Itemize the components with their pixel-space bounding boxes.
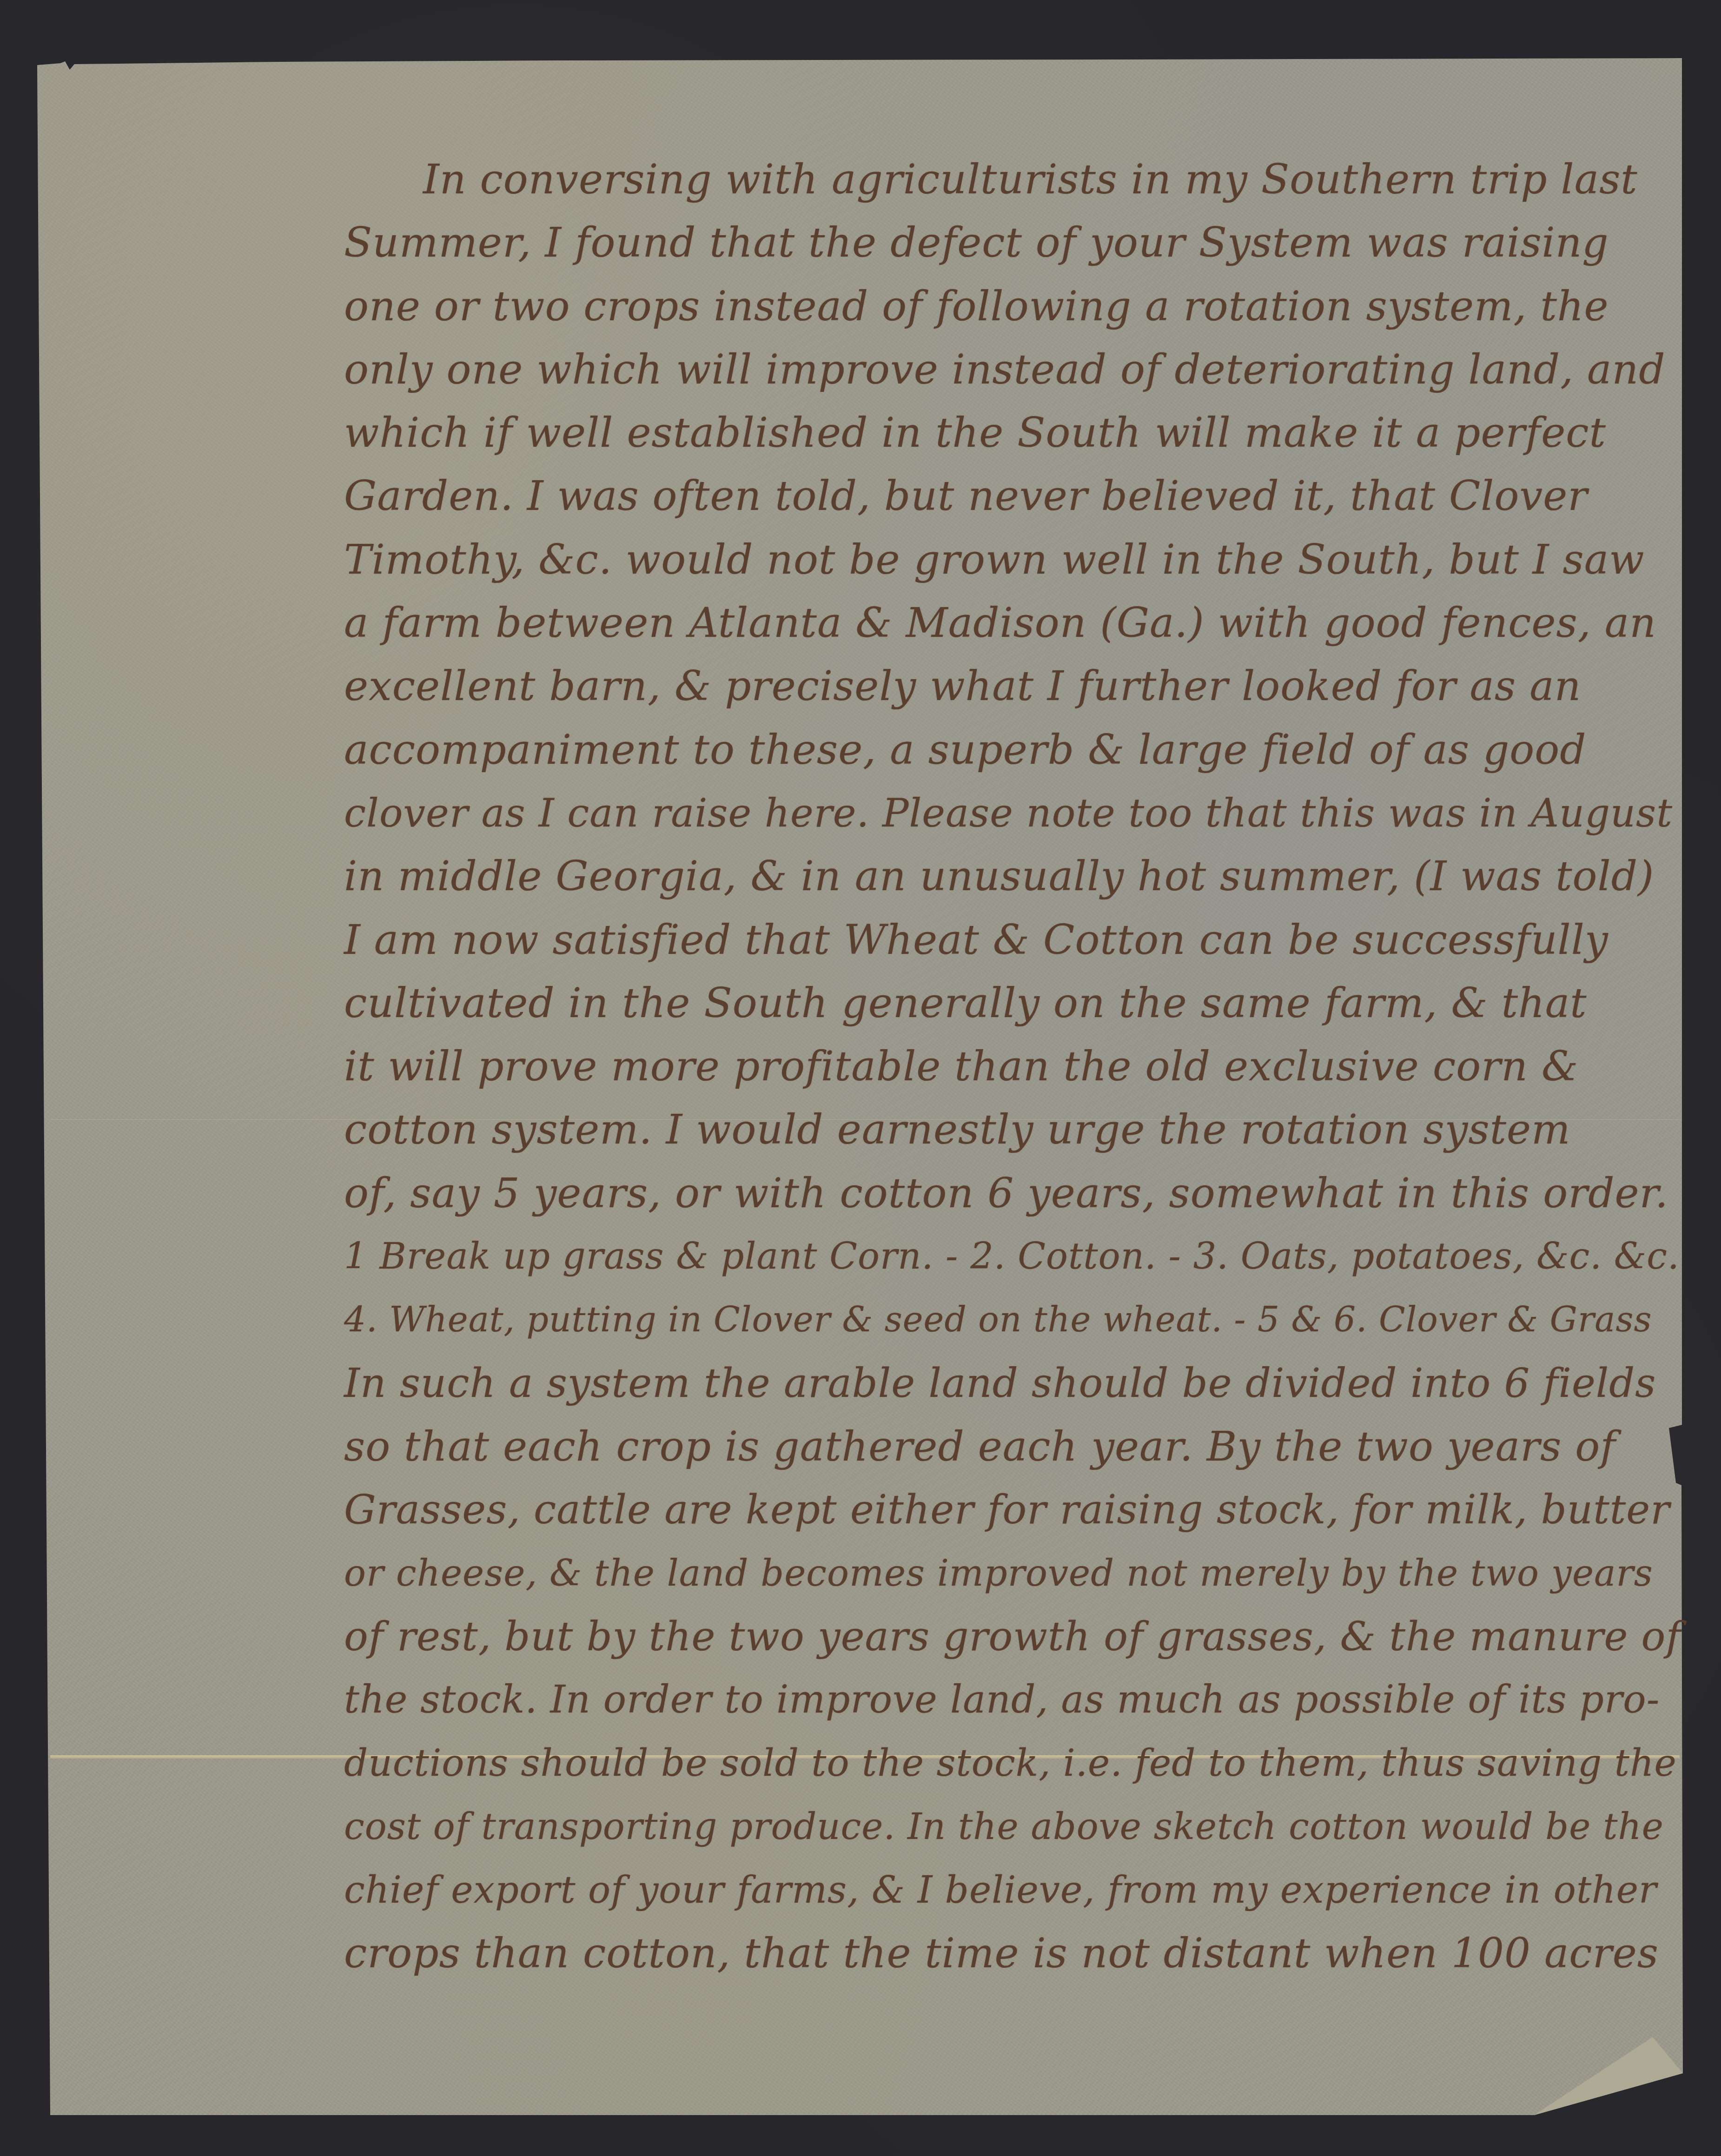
text-line-29: crops than cotton, that the time is not …	[344, 1922, 1683, 1985]
text-line-11: clover as I can raise here. Please note …	[344, 781, 1683, 845]
text-line-13: I am now satisfied that Wheat & Cotton c…	[344, 908, 1683, 972]
text-line-10: accompaniment to these, a superb & large…	[344, 718, 1683, 781]
text-line-27: cost of transporting produce. In the abo…	[344, 1795, 1683, 1858]
text-line-8: a farm between Atlanta & Madison (Ga.) w…	[344, 591, 1683, 655]
text-line-16: cotton system. I would earnestly urge th…	[344, 1098, 1683, 1161]
text-line-28: chief export of your farms, & I believe,…	[344, 1858, 1683, 1922]
text-line-19: 4. Wheat, putting in Clover & seed on th…	[344, 1288, 1683, 1351]
text-line-20: In such a system the arable land should …	[344, 1352, 1683, 1415]
text-line-17: of, say 5 years, or with cotton 6 years,…	[344, 1162, 1683, 1225]
text-line-14: cultivated in the South generally on the…	[344, 972, 1683, 1035]
text-line-1: In conversing with agriculturists in my …	[344, 148, 1683, 211]
text-line-18: 1 Break up grass & plant Corn. - 2. Cott…	[344, 1225, 1683, 1288]
text-line-12: in middle Georgia, & in an unusually hot…	[344, 845, 1683, 908]
text-line-7: Timothy, &c. would not be grown well in …	[344, 528, 1683, 591]
text-line-3: one or two crops instead of following a …	[344, 275, 1683, 338]
text-line-21: so that each crop is gathered each year.…	[344, 1415, 1683, 1478]
text-line-24: of rest, but by the two years growth of …	[344, 1605, 1683, 1668]
text-line-4: only one which will improve instead of d…	[344, 338, 1683, 401]
text-line-26: ductions should be sold to the stock, i.…	[344, 1732, 1683, 1795]
text-line-6: Garden. I was often told, but never beli…	[344, 464, 1683, 528]
text-line-25: the stock. In order to improve land, as …	[344, 1668, 1683, 1732]
handwritten-text-body: In conversing with agriculturists in my …	[344, 148, 1683, 1985]
text-line-15: it will prove more profitable than the o…	[344, 1035, 1683, 1098]
text-line-9: excellent barn, & precisely what I furth…	[344, 655, 1683, 718]
text-line-22: Grasses, cattle are kept either for rais…	[344, 1478, 1683, 1541]
text-line-2: Summer, I found that the defect of your …	[344, 211, 1683, 274]
text-line-23: or cheese, & the land becomes improved n…	[344, 1542, 1683, 1605]
text-line-5: which if well established in the South w…	[344, 401, 1683, 464]
